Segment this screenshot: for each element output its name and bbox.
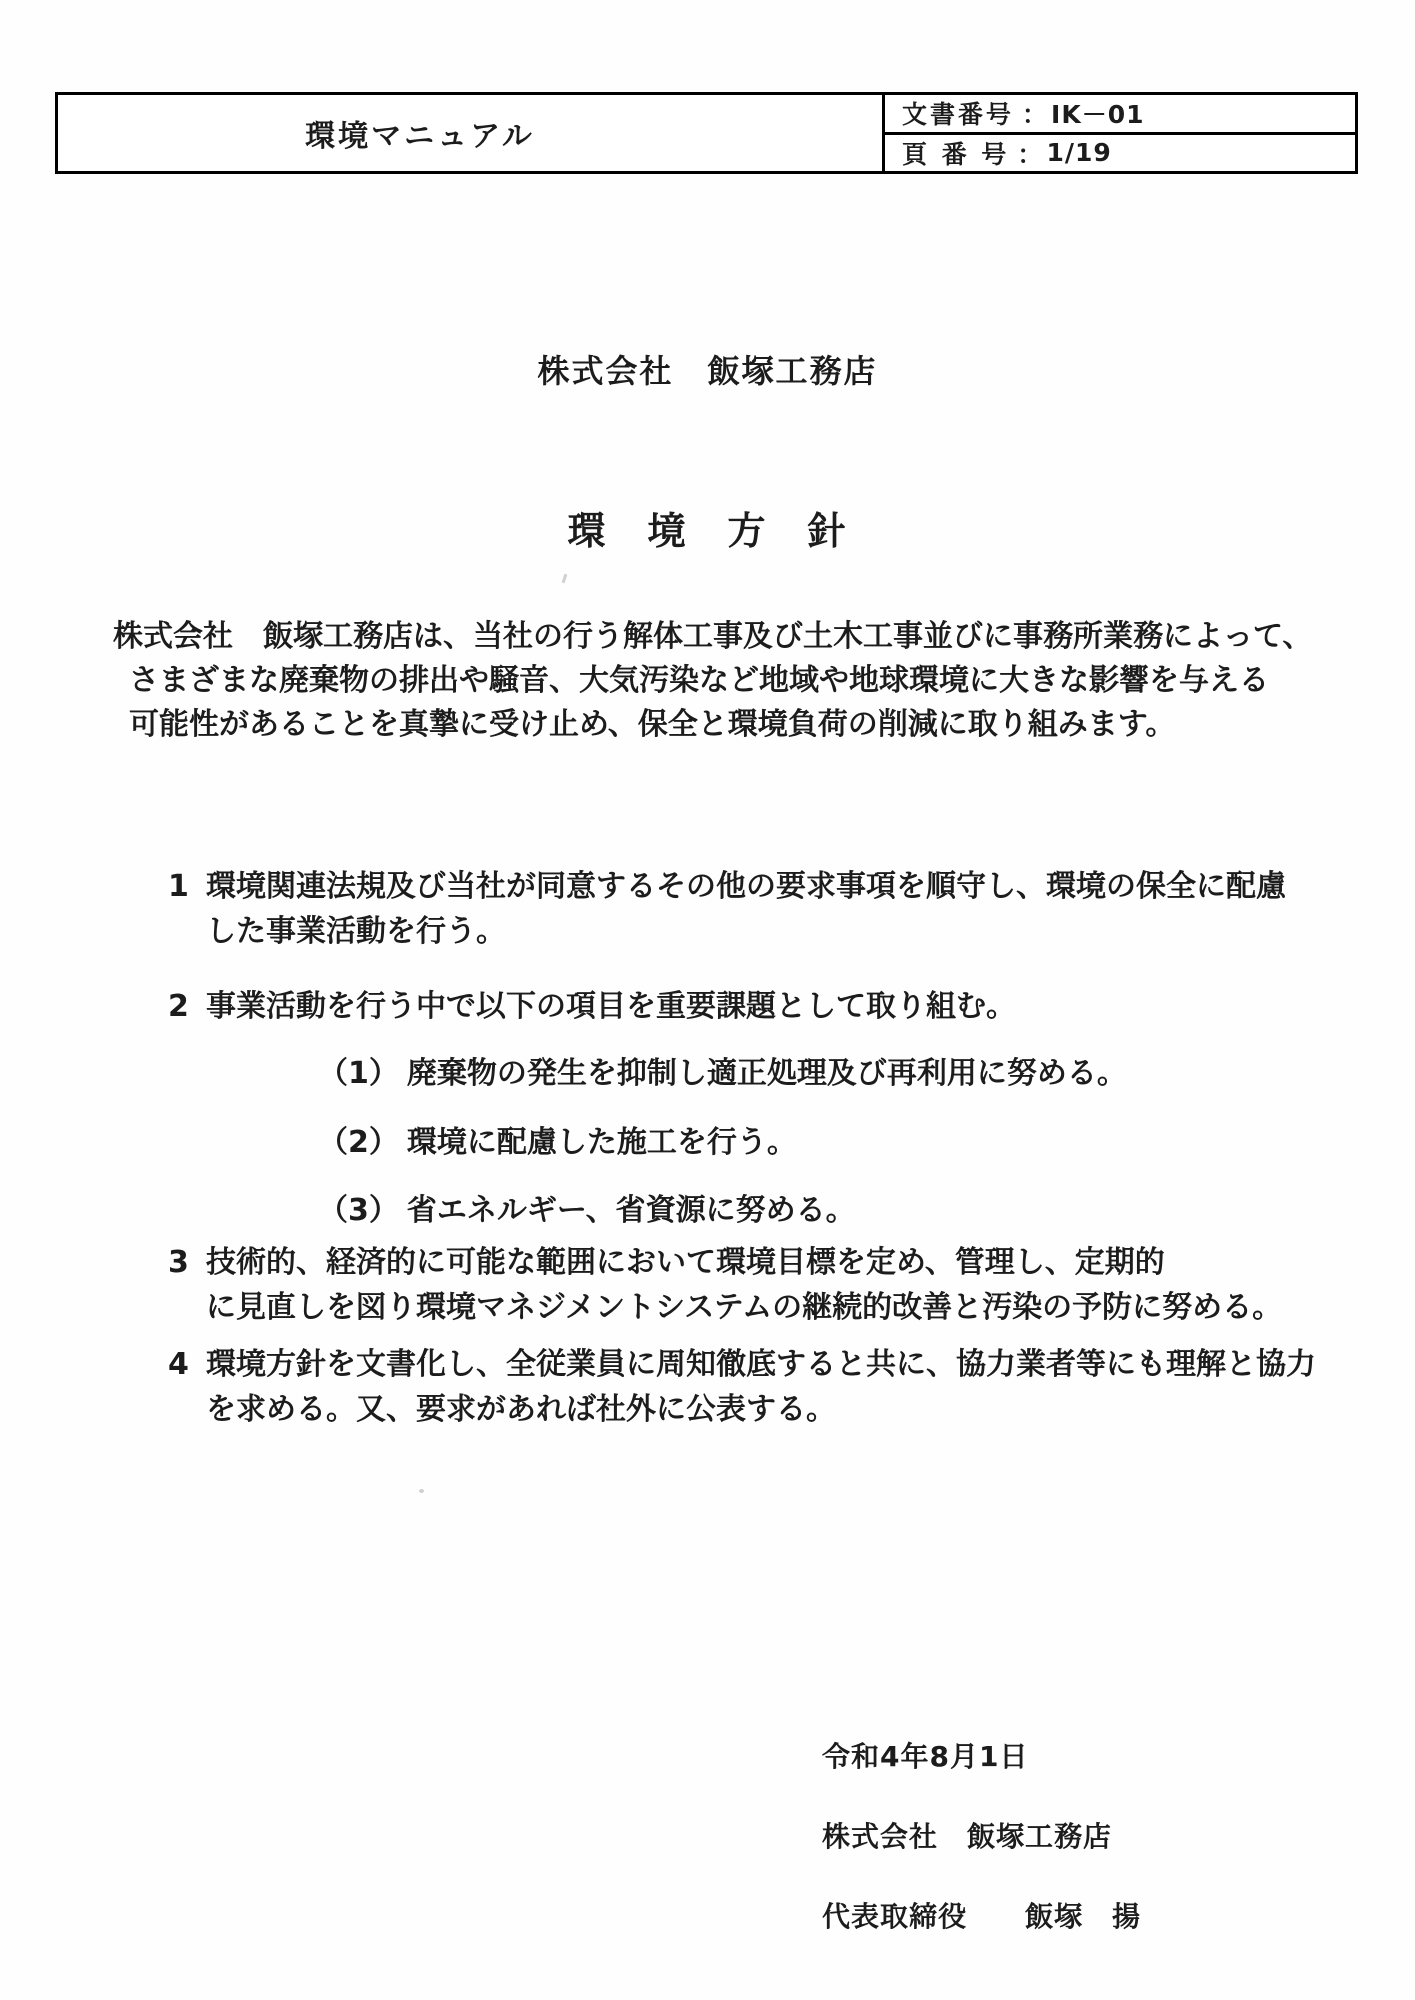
company-title: 株式会社 飯塚工務店 [0,346,1415,392]
page-number-colon: ： [1017,135,1042,171]
policy-item-line: に見直しを図り環境マネジメントシステムの継続的改善と汚染の予防に努める。 [206,1285,1408,1330]
intro-line: 株式会社 飯塚工務店は、当社の行う解体工事及び土木工事並びに事務所業務によって、 [113,615,1383,659]
intro-line: さまざまな廃棄物の排出や騒音、大気汚染など地域や地球環境に大きな影響を与える [113,659,1383,703]
policy-item-line: した事業活動を行う。 [206,909,1408,954]
policy-item: 4 環境方針を文書化し、全従業員に周知徹底すると共に、協力業者等にも理解と協力 … [168,1342,1408,1432]
policy-item-number: 3 [168,1240,206,1330]
policy-item-text: 事業活動を行う中で以下の項目を重要課題として取り組む。 [206,984,1408,1029]
page-number-label: 頁 番 号 [902,135,1009,171]
policy-item: 3 技術的、経済的に可能な範囲において環境目標を定め、管理し、定期的 に見直しを… [168,1240,1408,1330]
page-title: 環 境 方 針 [0,500,1415,555]
policy-item-text: 環境関連法規及び当社が同意するその他の要求事項を順守し、環境の保全に配慮 した事… [206,864,1408,954]
scan-artifact [419,1489,424,1493]
header-meta-cell: 文書番号 ： IK－01 頁 番 号 ： 1/19 [885,95,1355,171]
policy-item-line: を求める。又、要求があれば社外に公表する。 [206,1387,1408,1432]
policy-item-line: 技術的、経済的に可能な範囲において環境目標を定め、管理し、定期的 [206,1240,1408,1285]
policy-sub-item: （2）環境に配慮した施工を行う。 [318,1117,797,1161]
document-header: 環境マニュアル 文書番号 ： IK－01 頁 番 号 ： 1/19 [55,92,1358,174]
policy-item-text: 技術的、経済的に可能な範囲において環境目標を定め、管理し、定期的 に見直しを図り… [206,1240,1408,1330]
scan-artifact [562,574,568,583]
policy-item-number: 4 [168,1342,206,1432]
doc-number-colon: ： [1022,95,1047,131]
sub-item-text: 省エネルギー、省資源に努める。 [407,1193,856,1228]
sub-item-number: （3） [318,1193,399,1228]
sub-item-text: 環境に配慮した施工を行う。 [407,1125,797,1160]
intro-line: 可能性があることを真摯に受け止め、保全と環境負荷の削減に取り組みます。 [113,703,1383,747]
policy-item: 2 事業活動を行う中で以下の項目を重要課題として取り組む。 [168,984,1408,1029]
footer-company-name: 株式会社 飯塚工務店 [822,1815,1112,1855]
policy-item-number: 1 [168,864,206,954]
page-number-value: 1/19 [1046,138,1111,167]
policy-item-number: 2 [168,984,206,1029]
manual-title-cell: 環境マニュアル [58,95,885,171]
intro-paragraph: 株式会社 飯塚工務店は、当社の行う解体工事及び土木工事並びに事務所業務によって、… [113,615,1383,747]
policy-item-text: 環境方針を文書化し、全従業員に周知徹底すると共に、協力業者等にも理解と協力 を求… [206,1342,1408,1432]
issue-date: 令和4年8月1日 [822,1735,1028,1775]
footer-representative: 代表取締役 飯塚 揚 [822,1895,1141,1935]
policy-item-line: 環境方針を文書化し、全従業員に周知徹底すると共に、協力業者等にも理解と協力 [206,1342,1408,1387]
policy-sub-item: （3）省エネルギー、省資源に努める。 [318,1185,856,1229]
sub-item-text: 廃棄物の発生を抑制し適正処理及び再利用に努める。 [407,1056,1127,1091]
policy-sub-item: （1）廃棄物の発生を抑制し適正処理及び再利用に努める。 [318,1048,1127,1092]
policy-item-line: 環境関連法規及び当社が同意するその他の要求事項を順守し、環境の保全に配慮 [206,864,1408,909]
sub-item-number: （2） [318,1125,399,1160]
policy-item: 1 環境関連法規及び当社が同意するその他の要求事項を順守し、環境の保全に配慮 し… [168,864,1408,954]
policy-item-line: 事業活動を行う中で以下の項目を重要課題として取り組む。 [206,984,1408,1029]
document-page: 環境マニュアル 文書番号 ： IK－01 頁 番 号 ： 1/19 株式会社 飯… [0,0,1415,2000]
doc-number-value: IK－01 [1051,95,1144,131]
doc-number-label: 文書番号 [902,95,1014,131]
doc-number-row: 文書番号 ： IK－01 [885,95,1355,135]
page-number-row: 頁 番 号 ： 1/19 [885,135,1355,172]
sub-item-number: （1） [318,1056,399,1091]
manual-title: 環境マニュアル [305,111,535,155]
